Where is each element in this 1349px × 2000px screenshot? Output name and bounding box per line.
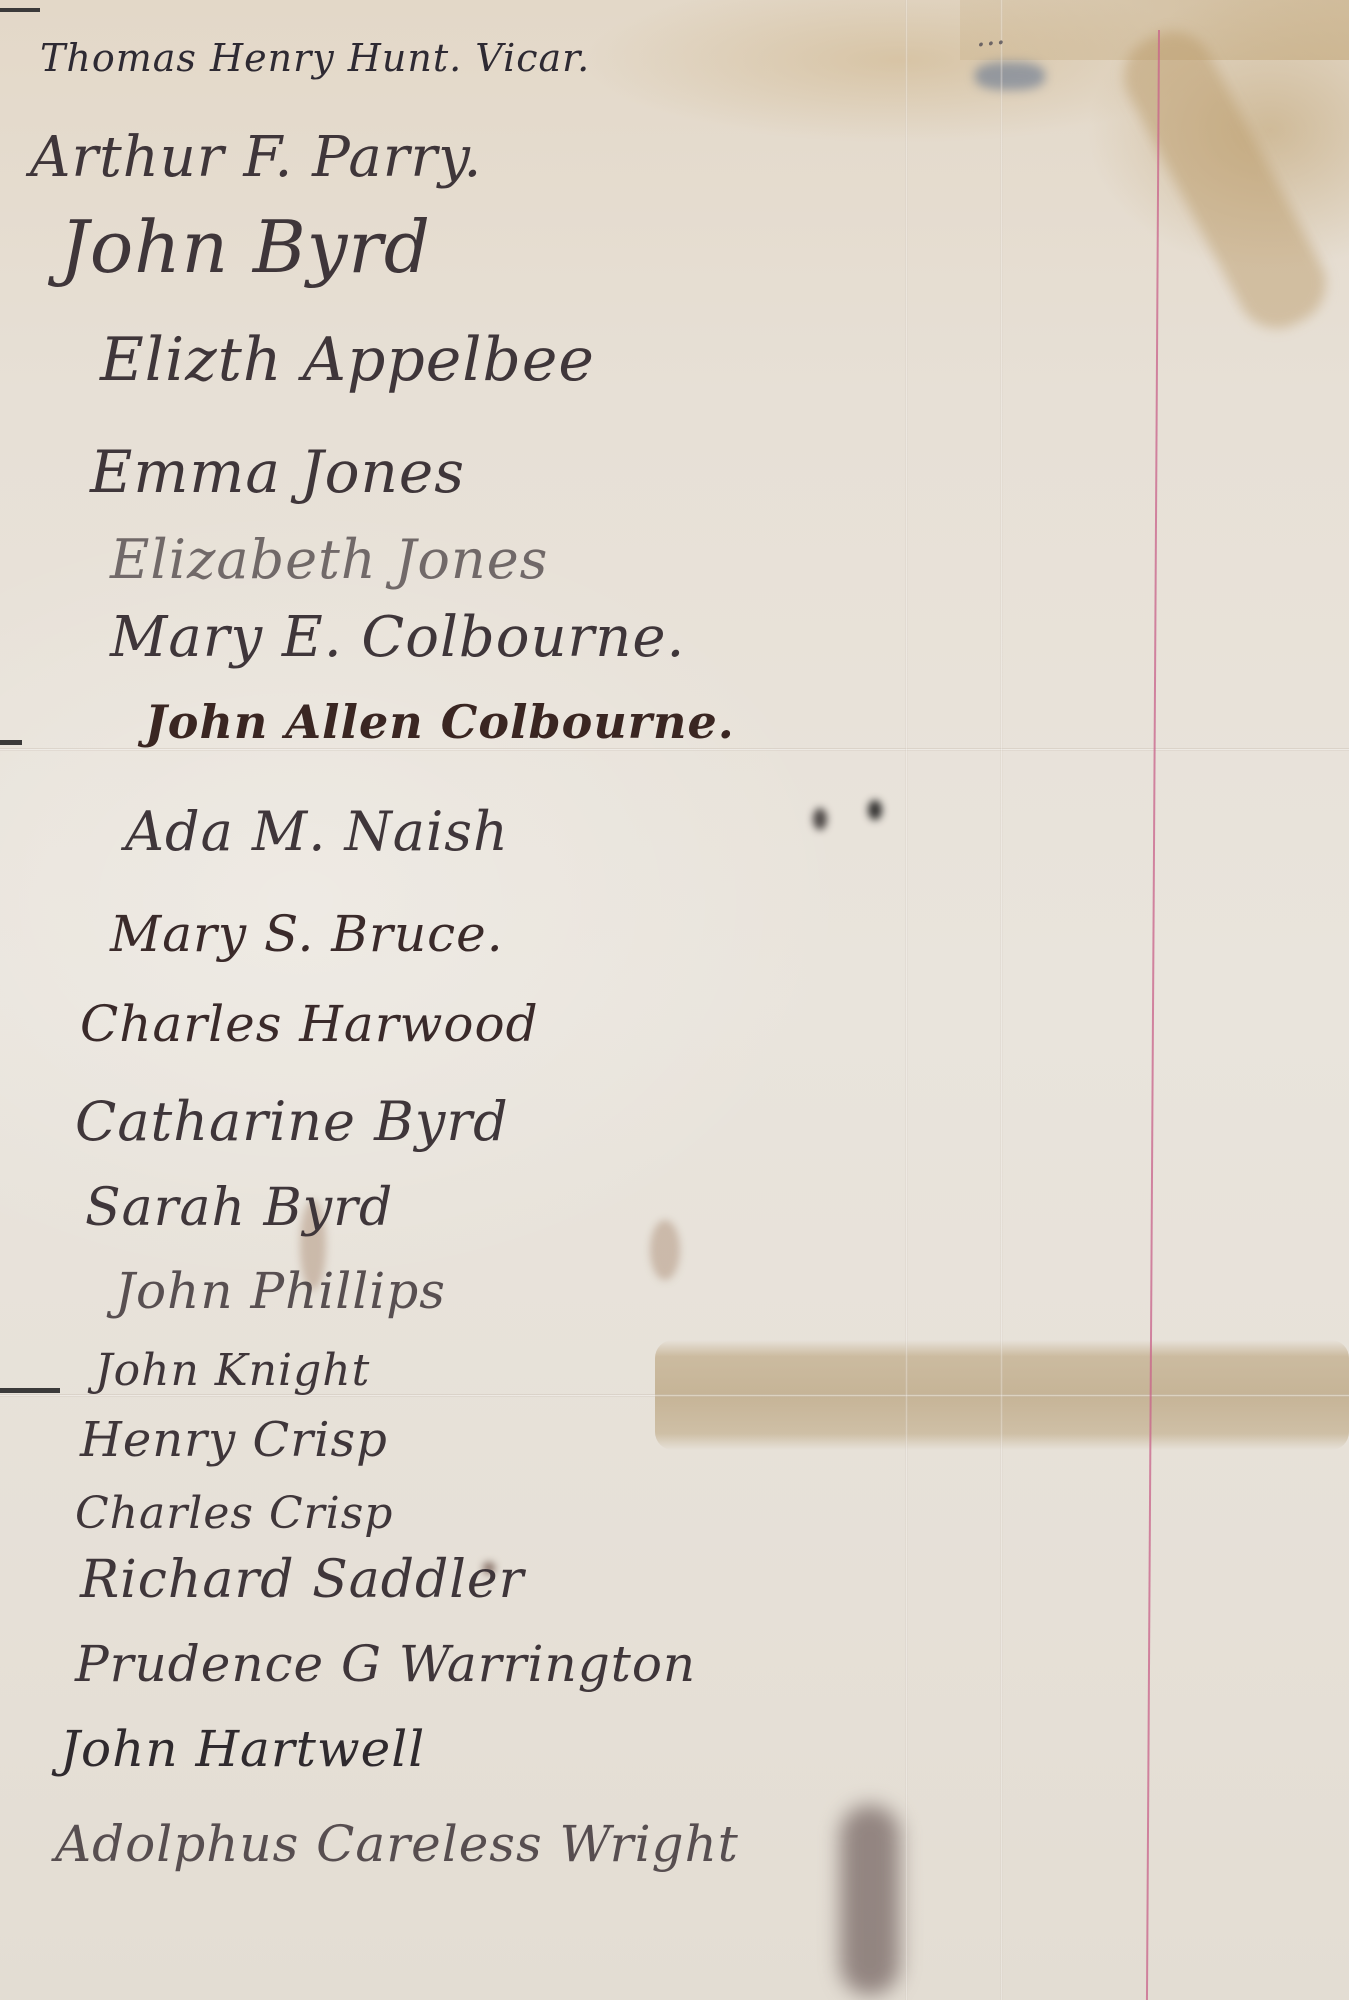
signature-line: John Hartwell	[60, 1720, 425, 1778]
signature-line: Elizabeth Jones	[110, 528, 548, 591]
signature-line: John Byrd	[60, 205, 431, 289]
blue-ink-blot	[975, 62, 1045, 90]
signature-line: Ada M. Naish	[125, 800, 509, 863]
signature-line: Sarah Byrd	[85, 1178, 393, 1238]
torn-edge-mark	[0, 1388, 60, 1393]
red-margin-line	[1146, 30, 1160, 2000]
signature-line: Henry Crisp	[80, 1412, 388, 1468]
ink-smudge	[840, 1805, 900, 1995]
signature-line: Prudence G Warrington	[75, 1635, 696, 1693]
corner-diagonal-stain	[1110, 18, 1340, 343]
torn-edge-mark	[0, 740, 22, 745]
torn-edge-mark	[0, 8, 40, 12]
signature-line: Charles Harwood	[80, 995, 539, 1053]
signature-line: John Knight	[95, 1345, 370, 1396]
signature-line: Richard Saddler	[80, 1550, 525, 1610]
signature-line: Mary S. Bruce.	[110, 905, 504, 963]
signature-line: Mary E. Colbourne.	[110, 605, 685, 670]
signature-line: John Allen Colbourne.	[145, 695, 735, 749]
illegible-corner-note: …	[973, 17, 1006, 55]
signature-line: Arthur F. Parry.	[30, 125, 482, 190]
signature-line: Charles Crisp	[75, 1488, 393, 1539]
signature-line: Adolphus Careless Wright	[55, 1815, 739, 1873]
signature-line: Elizth Appelbee	[100, 325, 595, 395]
fold-crease	[905, 0, 908, 2000]
signature-line: John Phillips	[115, 1262, 446, 1320]
signature-line: Catharine Byrd	[75, 1090, 509, 1153]
ink-spot	[813, 808, 827, 830]
fold-crease	[1000, 0, 1003, 2000]
header-signature: Thomas Henry Hunt. Vicar.	[40, 36, 590, 80]
document-page: Thomas Henry Hunt. Vicar. … Arthur F. Pa…	[0, 0, 1349, 2000]
brown-spot	[650, 1220, 680, 1280]
signature-line: Emma Jones	[90, 438, 465, 506]
ink-spot	[868, 800, 882, 820]
